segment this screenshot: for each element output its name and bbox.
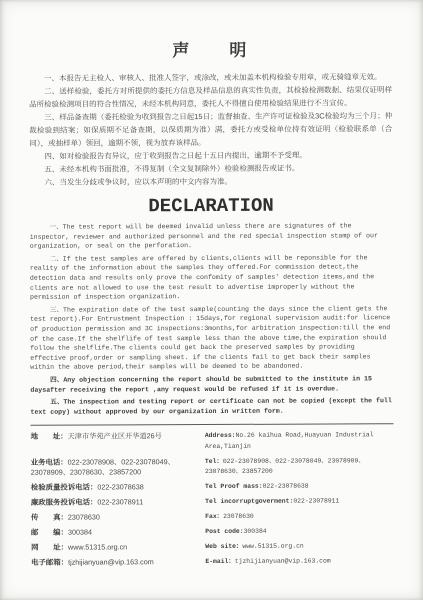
footer-row-integrity-complaint-tel: 廉政服务投诉电话：022-23078911 Tel incorruptgover… xyxy=(31,496,394,508)
page-title-english: DECLARATION xyxy=(30,194,393,218)
business-tel-label-en: Tel： xyxy=(205,458,223,465)
email-label-cn: 电子邮箱： xyxy=(31,558,68,567)
integrity-complaint-label-cn: 廉政服务投诉电话： xyxy=(31,498,98,507)
quality-complaint-value-en: 022-23078638 xyxy=(263,483,309,490)
footer-row-address: 地 址：天津市华苑产业区开华道26号 Address:No.26 kaihua … xyxy=(31,430,394,453)
email-label-en: E-mail： xyxy=(205,558,234,565)
cn-notice-item-3: 三、样品备查期（委托检验为收到报告之日起15日；监督抽查、生产许可证检验及3C检… xyxy=(29,109,392,150)
footer-divider-line xyxy=(31,423,394,426)
website-value-cn: www.51315.org.cn xyxy=(68,543,127,552)
integrity-complaint-value-en: 022-23078911 xyxy=(293,498,339,505)
chinese-notice-section: 一、本报告无主检人、审核人、批准人签字，或涂改，或未加盖本机构检验专用章，或无骑… xyxy=(29,70,393,189)
contact-footer: 地 址：天津市华苑产业区开华道26号 Address:No.26 kaihua … xyxy=(31,430,395,568)
fax-value-en: 23078630 xyxy=(223,513,254,520)
address-label-en: Address: xyxy=(205,432,236,439)
quality-complaint-label-en: Tel Proof mass: xyxy=(205,483,263,490)
cn-notice-item-6: 六、当发生分歧或争议时，应以本声明的中文内容为准。 xyxy=(29,174,392,189)
cn-notice-item-2: 二、送样检验，委托方对所提供的委托方信息及样品信息的真实性负责，其检验检测数据、… xyxy=(29,83,392,111)
integrity-complaint-value-cn: 022-23078911 xyxy=(97,498,143,507)
website-label-cn: 网 址： xyxy=(31,543,68,552)
fax-label-en: Fax： xyxy=(205,513,223,520)
postcode-label-cn: 邮 编： xyxy=(31,528,68,537)
footer-row-email: 电子邮箱：tjzhijianyuan@vip.163.com E-mail：tj… xyxy=(31,556,394,568)
postcode-label-en: Post code: xyxy=(205,528,243,535)
en-notice-item-3: 三、The expiration date of the test sample… xyxy=(30,304,393,373)
en-notice-item-2: 二、If the test samples are offered by cli… xyxy=(30,253,393,303)
website-value-en: www.51315.org.cn xyxy=(242,543,303,550)
english-notice-section: 一、The test report will be deemed invalid… xyxy=(30,221,394,417)
website-label-en: Web site： xyxy=(205,543,242,550)
en-notice-item-1: 一、The test report will be deemed invalid… xyxy=(30,221,393,251)
footer-row-business-tel: 业务电话：022-23078908、022-23078049、23078909、… xyxy=(31,456,394,479)
footer-row-website: 网 址：www.51315.org.cn Web site：www.51315.… xyxy=(31,541,394,553)
footer-row-quality-complaint-tel: 检验质量投诉电话：022-23078638 Tel Proof mass:022… xyxy=(31,481,394,493)
business-tel-value-en: 022-23078908、022-23078049、23078909、23078… xyxy=(205,457,365,475)
address-value-cn: 天津市华苑产业区开华道26号 xyxy=(68,431,162,440)
scanned-declaration-page: 声 明 一、本报告无主检人、审核人、批准人签字，或涂改，或未加盖本机构检验专用章… xyxy=(0,0,423,600)
en-notice-item-5: 五、The inspection and testing report or c… xyxy=(30,396,393,417)
quality-complaint-value-cn: 022-23078638 xyxy=(97,483,143,492)
integrity-complaint-label-en: Tel incorruptgoverment: xyxy=(205,498,293,505)
footer-row-postcode: 邮 编：300384 Post code:300384 xyxy=(31,526,394,538)
email-value-cn: tjzhijianyuan@vip.163.com xyxy=(68,558,154,567)
footer-row-fax: 传 真：23078630 Fax：23078630 xyxy=(31,511,394,523)
business-tel-label-cn: 业务电话： xyxy=(31,457,68,466)
quality-complaint-label-cn: 检验质量投诉电话： xyxy=(31,483,98,492)
fax-value-cn: 23078630 xyxy=(68,513,100,522)
postcode-value-en: 300384 xyxy=(244,528,267,535)
address-label-cn: 地 址： xyxy=(31,432,68,441)
en-notice-item-4: 四、Any objection concerning the report sh… xyxy=(30,374,393,395)
page-title-chinese: 声 明 xyxy=(29,35,392,62)
fax-label-cn: 传 真： xyxy=(31,513,68,522)
postcode-value-cn: 300384 xyxy=(68,528,92,537)
email-value-en: tjzhijianyuan@vip.163.com xyxy=(235,558,331,565)
